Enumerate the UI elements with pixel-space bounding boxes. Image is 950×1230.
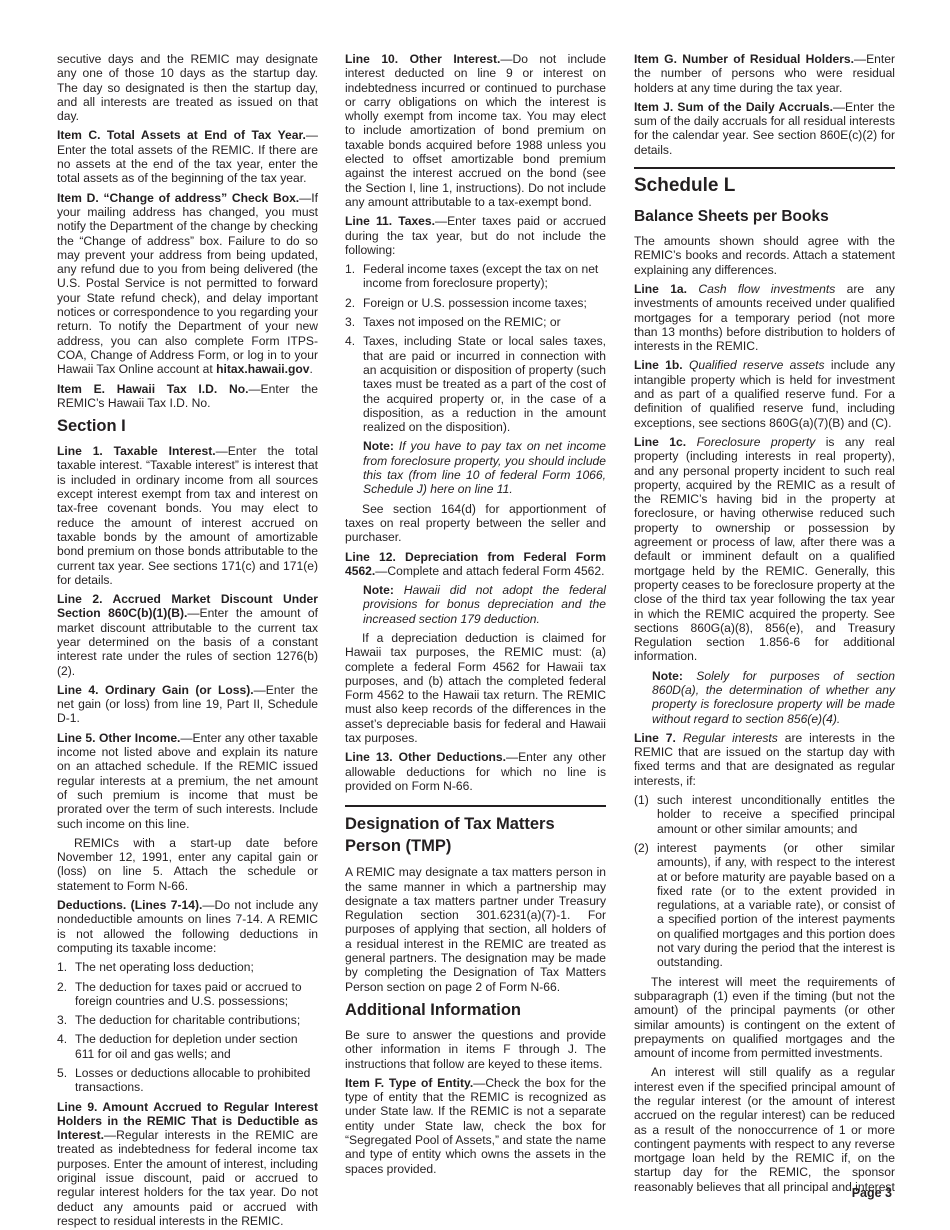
item-d-paragraph: Item D. “Change of address” Check Box.—I… — [57, 191, 318, 377]
line-9-paragraph: Line 9. Amount Accrued to Regular Intere… — [57, 1100, 318, 1229]
section-divider — [634, 167, 895, 169]
item-e-paragraph: Item E. Hawaii Tax I.D. No.—Enter the RE… — [57, 382, 318, 411]
line-5-paragraph: Line 5. Other Income.—Enter any other ta… — [57, 731, 318, 831]
column-middle: Line 10. Other Interest.—Do not include … — [345, 52, 606, 1181]
line-1b-paragraph: Line 1b. Qualified reserve assets includ… — [634, 358, 895, 429]
list-item: 4.The deduction for depletion under sect… — [57, 1032, 318, 1061]
line-2-paragraph: Line 2. Accrued Market Discount Under Se… — [57, 592, 318, 678]
item-j-paragraph: Item J. Sum of the Daily Accruals.—Enter… — [634, 100, 895, 157]
item-f-paragraph: Item F. Type of Entity.—Check the box fo… — [345, 1076, 606, 1176]
list-item: 3.Taxes not imposed on the REMIC; or — [345, 315, 606, 329]
schedule-l-intro: The amounts shown should agree with the … — [634, 234, 895, 277]
page-number: Page 3 — [852, 1186, 892, 1200]
line-13-paragraph: Line 13. Other Deductions.—Enter any oth… — [345, 750, 606, 793]
line-12-paragraph: Line 12. Depreciation from Federal Form … — [345, 550, 606, 579]
section-divider — [345, 805, 606, 807]
item-c-paragraph: Item C. Total Assets at End of Tax Year.… — [57, 128, 318, 185]
line-11-paragraph: Line 11. Taxes.—Enter taxes paid or accr… — [345, 214, 606, 257]
taxes-list: 1.Federal income taxes (except the tax o… — [345, 262, 606, 434]
list-item: 2.Foreign or U.S. possession income taxe… — [345, 296, 606, 310]
section-164d-paragraph: See section 164(d) for apportionment of … — [345, 502, 606, 545]
tmp-paragraph: A REMIC may designate a tax matters pers… — [345, 865, 606, 994]
additional-info-paragraph: Be sure to answer the questions and prov… — [345, 1028, 606, 1071]
column-right: Item G. Number of Residual Holders.—Ente… — [634, 52, 895, 1199]
requirements-paragraph: The interest will meet the requirements … — [634, 975, 895, 1061]
regular-interest-conditions: (1)such interest unconditionally entitle… — [634, 793, 895, 970]
deductions-paragraph: Deductions. (Lines 7-14).—Do not include… — [57, 898, 318, 955]
additional-info-heading: Additional Information — [345, 1000, 606, 1020]
line-1c-paragraph: Line 1c. Foreclosure property is any rea… — [634, 435, 895, 664]
note-foreclosure-tax: Note: If you have to pay tax on net inco… — [363, 439, 606, 496]
tmp-heading: Designation of Tax Matters Person (TMP) — [345, 813, 606, 857]
line-4-paragraph: Line 4. Ordinary Gain (or Loss).—Enter t… — [57, 683, 318, 726]
item-c-label: Item C. Total Assets at End of Tax Year. — [57, 128, 306, 142]
line-7-paragraph: Line 7. Regular interests are interests … — [634, 731, 895, 788]
item-g-paragraph: Item G. Number of Residual Holders.—Ente… — [634, 52, 895, 95]
section-i-heading: Section I — [57, 416, 318, 436]
hitax-link[interactable]: hitax.hawaii.gov — [216, 362, 309, 376]
line-1a-paragraph: Line 1a. Cash flow investments are any i… — [634, 282, 895, 353]
list-item: 4.Taxes, including State or local sales … — [345, 334, 606, 434]
note-section-860d: Note: Solely for purposes of section 860… — [652, 669, 895, 726]
item-d-label: Item D. “Change of address” Check Box. — [57, 191, 299, 205]
schedule-l-heading: Schedule L — [634, 175, 895, 197]
item-e-label: Item E. Hawaii Tax I.D. No. — [57, 382, 248, 396]
list-item: (1)such interest unconditionally entitle… — [634, 793, 895, 836]
qualify-paragraph: An interest will still qualify as a regu… — [634, 1065, 895, 1194]
list-item: 1.The net operating loss deduction; — [57, 960, 318, 974]
line-1-paragraph: Line 1. Taxable Interest.—Enter the tota… — [57, 444, 318, 587]
list-item: (2)interest payments (or other similar a… — [634, 841, 895, 970]
balance-sheets-heading: Balance Sheets per Books — [634, 207, 895, 226]
column-left: secutive days and the REMIC may designat… — [57, 52, 318, 1230]
intro-paragraph: secutive days and the REMIC may designat… — [57, 52, 318, 123]
list-item: 5.Losses or deductions allocable to proh… — [57, 1066, 318, 1095]
line-10-paragraph: Line 10. Other Interest.—Do not include … — [345, 52, 606, 209]
list-item: 3.The deduction for charitable contribut… — [57, 1013, 318, 1027]
list-item: 2.The deduction for taxes paid or accrue… — [57, 980, 318, 1009]
line-5-remic-paragraph: REMICs with a start-up date before Novem… — [57, 836, 318, 893]
note-depreciation: Note: Hawaii did not adopt the federal p… — [363, 583, 606, 626]
depreciation-paragraph: If a depreciation deduction is claimed f… — [345, 631, 606, 745]
deductions-list: 1.The net operating loss deduction; 2.Th… — [57, 960, 318, 1094]
list-item: 1.Federal income taxes (except the tax o… — [345, 262, 606, 291]
